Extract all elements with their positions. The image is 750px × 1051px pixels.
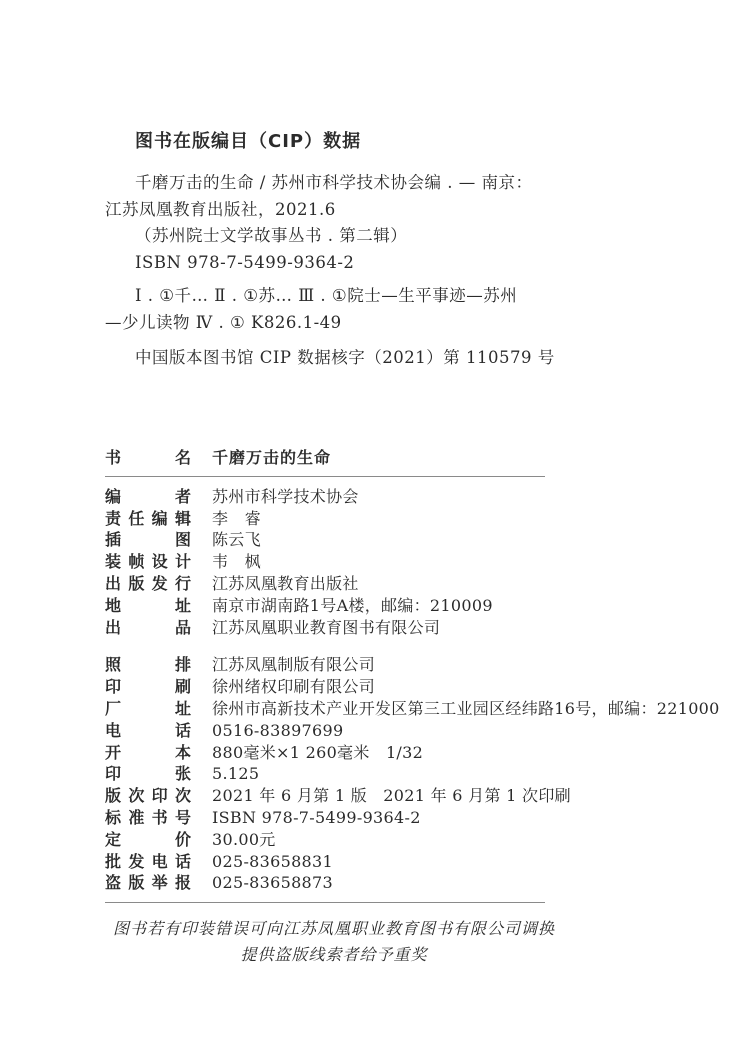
colophon-row-publisher: 出版发行 江苏凤凰教育出版社 xyxy=(105,573,665,595)
colophon-row-phone: 电话 0516-83897699 xyxy=(105,720,665,742)
row-value: 江苏凤凰制版有限公司 xyxy=(212,654,375,676)
colophon-row-editor: 编者 苏州市科学技术协会 xyxy=(105,486,665,508)
row-label: 定价 xyxy=(105,829,191,851)
colophon-row-illustrator: 插图 陈云飞 xyxy=(105,529,665,551)
cip-line-isbn: ISBN 978-7-5499-9364-2 xyxy=(105,250,665,277)
colophon-row-responsible-editor: 责任编辑 李 睿 xyxy=(105,508,665,530)
row-label: 装帧设计 xyxy=(105,551,191,573)
cip-line-title: 千磨万击的生命 / 苏州市科学技术协会编 . — 南京： xyxy=(105,170,665,197)
row-label: 盗版举报 xyxy=(105,872,191,894)
row-value: 2021 年 6 月第 1 版 2021 年 6 月第 1 次印刷 xyxy=(212,785,571,807)
row-value: 李 睿 xyxy=(212,508,261,530)
publishing-info-group: 编者 苏州市科学技术协会 责任编辑 李 睿 插图 陈云飞 装帧设计 韦 枫 出版… xyxy=(105,486,665,639)
row-label: 插图 xyxy=(105,529,191,551)
row-value: 025-83658873 xyxy=(212,872,333,894)
colophon-row-price: 定价 30.00元 xyxy=(105,829,665,851)
footer-notice: 图书若有印装错误可向江苏凤凰职业教育图书有限公司调换 提供盗版线索者给予重奖 xyxy=(101,916,567,968)
row-label: 地址 xyxy=(105,595,191,617)
row-label: 电话 xyxy=(105,720,191,742)
row-value: 徐州市高新技术产业开发区第三工业园区经纬路16号，邮编：221000 xyxy=(212,698,720,720)
footer-exchange-notice: 图书若有印装错误可向江苏凤凰职业教育图书有限公司调换 xyxy=(101,916,567,942)
row-label: 印张 xyxy=(105,763,191,785)
colophon-row-designer: 装帧设计 韦 枫 xyxy=(105,551,665,573)
cip-line-publisher: 江苏凤凰教育出版社，2021.6 xyxy=(105,197,665,224)
cip-line-series: （苏州院士文学故事丛书 . 第二辑） xyxy=(105,223,665,250)
row-label: 厂址 xyxy=(105,698,191,720)
row-label: 照排 xyxy=(105,654,191,676)
footer-reward-notice: 提供盗版线索者给予重奖 xyxy=(101,942,567,968)
colophon-row-factory-address: 厂址 徐州市高新技术产业开发区第三工业园区经纬路16号，邮编：221000 xyxy=(105,698,665,720)
colophon-row-sheets: 印张 5.125 xyxy=(105,763,665,785)
row-label: 批发电话 xyxy=(105,851,191,873)
row-label: 出版发行 xyxy=(105,573,191,595)
colophon-row-book-title: 书名 千磨万击的生命 xyxy=(105,447,665,469)
row-value: 江苏凤凰职业教育图书有限公司 xyxy=(212,617,440,639)
cip-line-classification-1: Ⅰ . ①千… Ⅱ . ①苏… Ⅲ . ①院士—生平事迹—苏州 xyxy=(105,283,665,310)
row-value: ISBN 978-7-5499-9364-2 xyxy=(212,807,421,829)
row-label: 出品 xyxy=(105,617,191,639)
row-value: 南京市湖南路1号A楼，邮编：210009 xyxy=(212,595,493,617)
row-value: 0516-83897699 xyxy=(212,720,343,742)
row-value: 5.125 xyxy=(212,763,259,785)
row-value: 880毫米×1 260毫米 1/32 xyxy=(212,742,423,764)
colophon-row-format: 开本 880毫米×1 260毫米 1/32 xyxy=(105,742,665,764)
book-copyright-page: 图书在版编目（CIP）数据 千磨万击的生命 / 苏州市科学技术协会编 . — 南… xyxy=(0,0,750,1051)
colophon-row-edition: 版次印次 2021 年 6 月第 1 版 2021 年 6 月第 1 次印刷 xyxy=(105,785,665,807)
colophon-row-address: 地址 南京市湖南路1号A楼，邮编：210009 xyxy=(105,595,665,617)
row-label: 书名 xyxy=(105,447,191,469)
cip-section: 图书在版编目（CIP）数据 千磨万击的生命 / 苏州市科学技术协会编 . — 南… xyxy=(105,127,665,372)
row-value: 苏州市科学技术协会 xyxy=(212,486,359,508)
colophon-row-standard-isbn: 标准书号 ISBN 978-7-5499-9364-2 xyxy=(105,807,665,829)
colophon-row-piracy-report: 盗版举报 025-83658873 xyxy=(105,872,665,894)
colophon-section: 书名 千磨万击的生命 编者 苏州市科学技术协会 责任编辑 李 睿 插图 陈云飞 … xyxy=(105,447,665,968)
colophon-row-typesetting: 照排 江苏凤凰制版有限公司 xyxy=(105,654,665,676)
colophon-row-producer: 出品 江苏凤凰职业教育图书有限公司 xyxy=(105,617,665,639)
row-value: 30.00元 xyxy=(212,829,276,851)
row-label: 责任编辑 xyxy=(105,508,191,530)
row-label: 编者 xyxy=(105,486,191,508)
cip-line-registration: 中国版本图书馆 CIP 数据核字（2021）第 110579 号 xyxy=(105,345,665,372)
row-value: 025-83658831 xyxy=(212,851,333,873)
colophon-row-wholesale-phone: 批发电话 025-83658831 xyxy=(105,851,665,873)
row-value: 韦 枫 xyxy=(212,551,261,573)
row-label: 版次印次 xyxy=(105,785,191,807)
cip-line-classification-2: —少儿读物 Ⅳ . ① K826.1-49 xyxy=(105,310,665,337)
divider-bottom xyxy=(105,902,545,903)
colophon-row-printer: 印刷 徐州绪权印刷有限公司 xyxy=(105,676,665,698)
row-value: 千磨万击的生命 xyxy=(212,447,331,469)
divider-top xyxy=(105,476,545,477)
row-value: 徐州绪权印刷有限公司 xyxy=(212,676,375,698)
row-value: 陈云飞 xyxy=(212,529,261,551)
row-value: 江苏凤凰教育出版社 xyxy=(212,573,359,595)
printing-info-group: 照排 江苏凤凰制版有限公司 印刷 徐州绪权印刷有限公司 厂址 徐州市高新技术产业… xyxy=(105,654,665,894)
cip-header: 图书在版编目（CIP）数据 xyxy=(135,127,665,153)
row-label: 开本 xyxy=(105,742,191,764)
row-label: 印刷 xyxy=(105,676,191,698)
row-label: 标准书号 xyxy=(105,807,191,829)
